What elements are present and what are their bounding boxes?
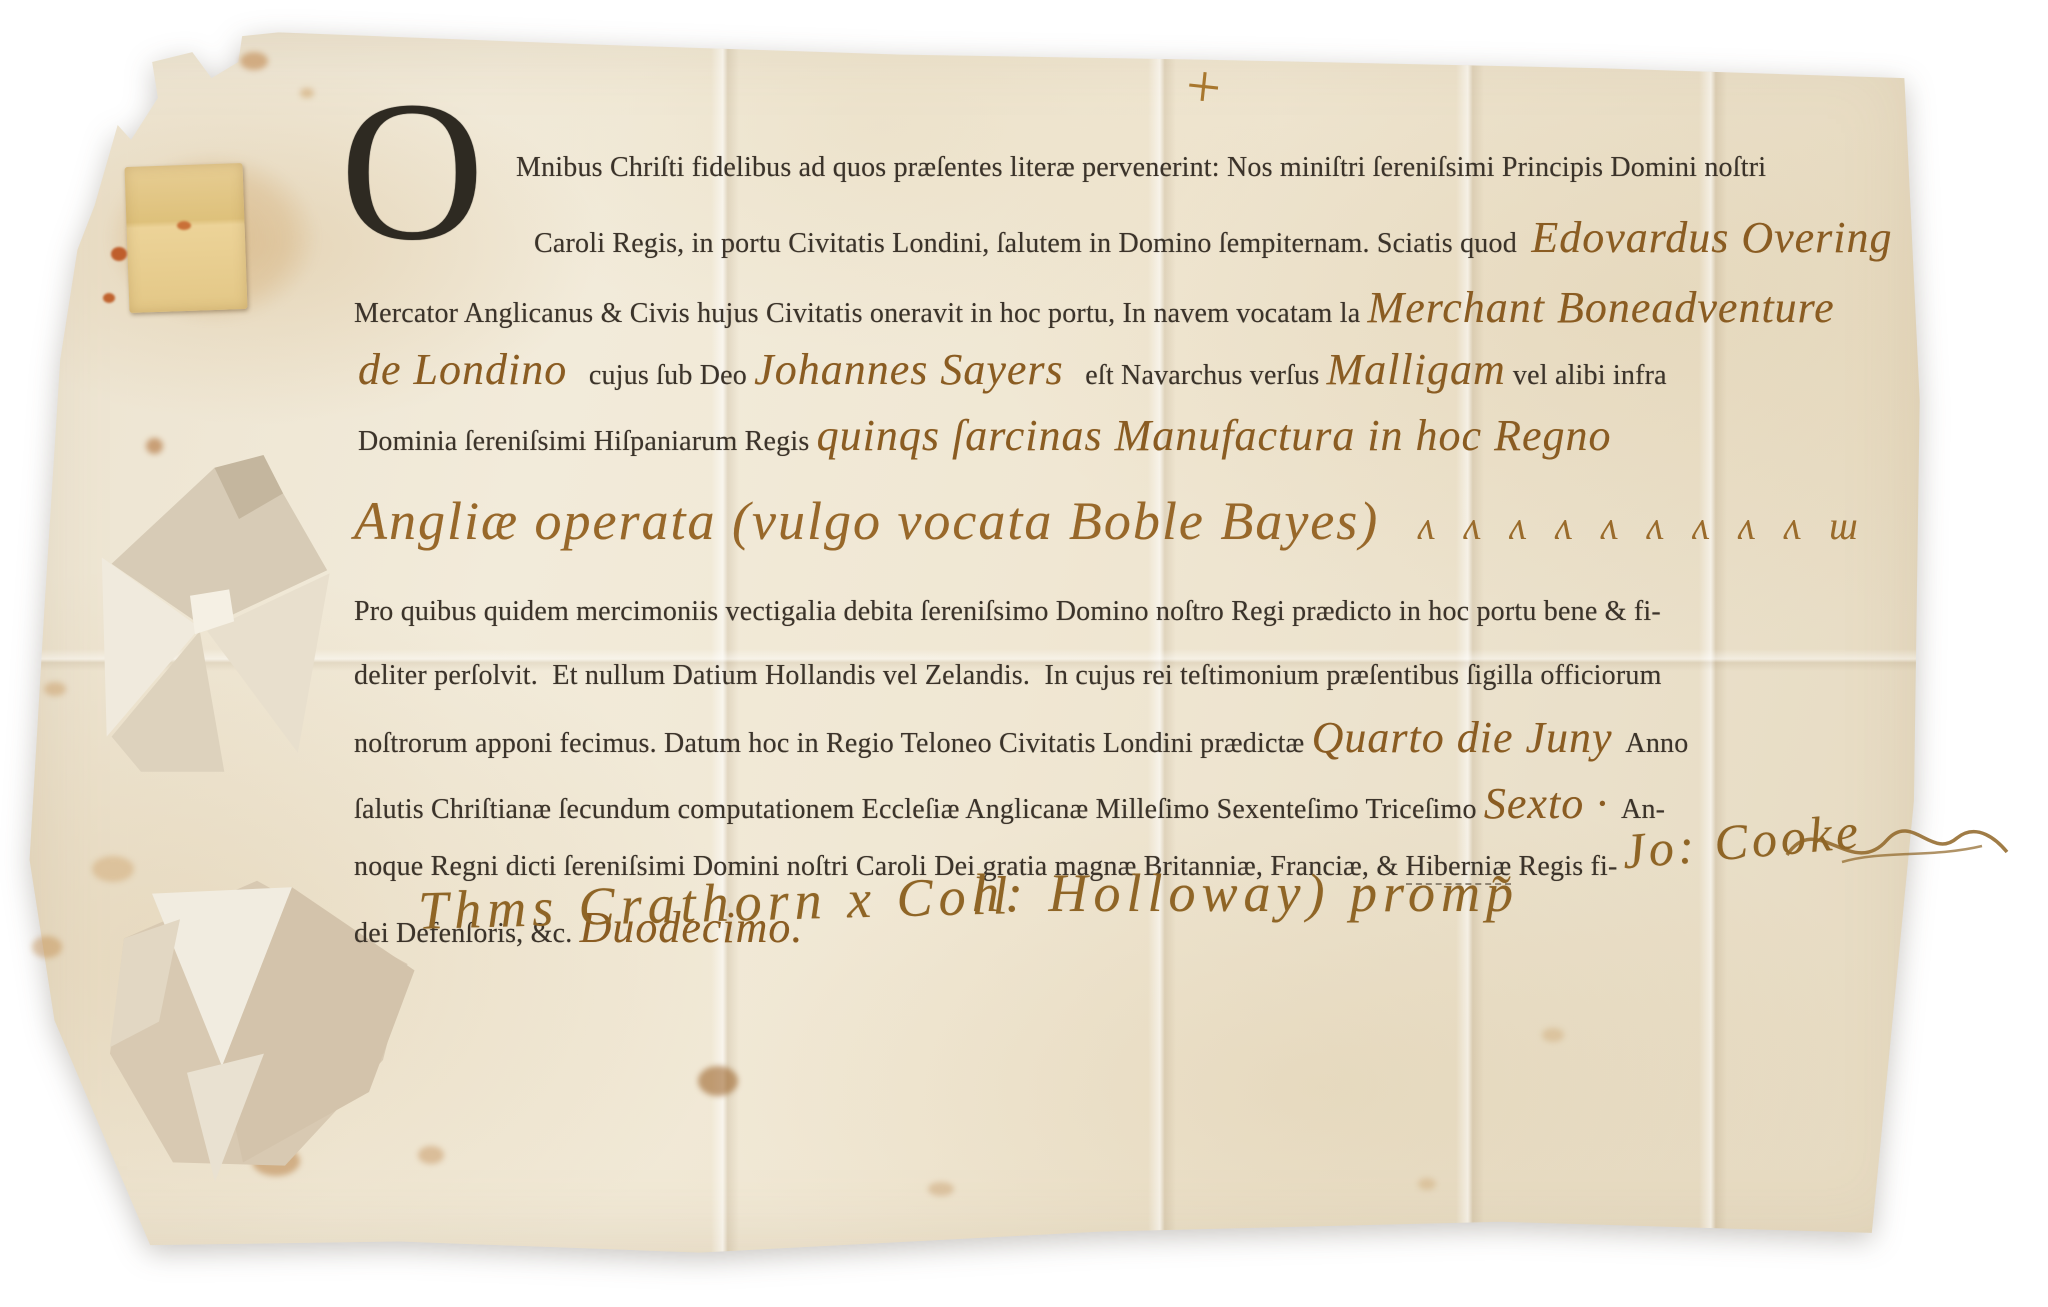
signature-flourish — [1782, 800, 2012, 890]
document-text-layer: + O Mnibus Chriſti fidelibus ad quos præ… — [0, 0, 2048, 1307]
signature-holloway: h: Holloway) promp̃ — [972, 862, 1519, 924]
printed-text: Regis fi- — [1511, 851, 1617, 882]
photograph-of-document: { "photo_background": "#ffffff", "parchm… — [0, 0, 2048, 1307]
drop-cap-initial: O — [340, 92, 484, 252]
